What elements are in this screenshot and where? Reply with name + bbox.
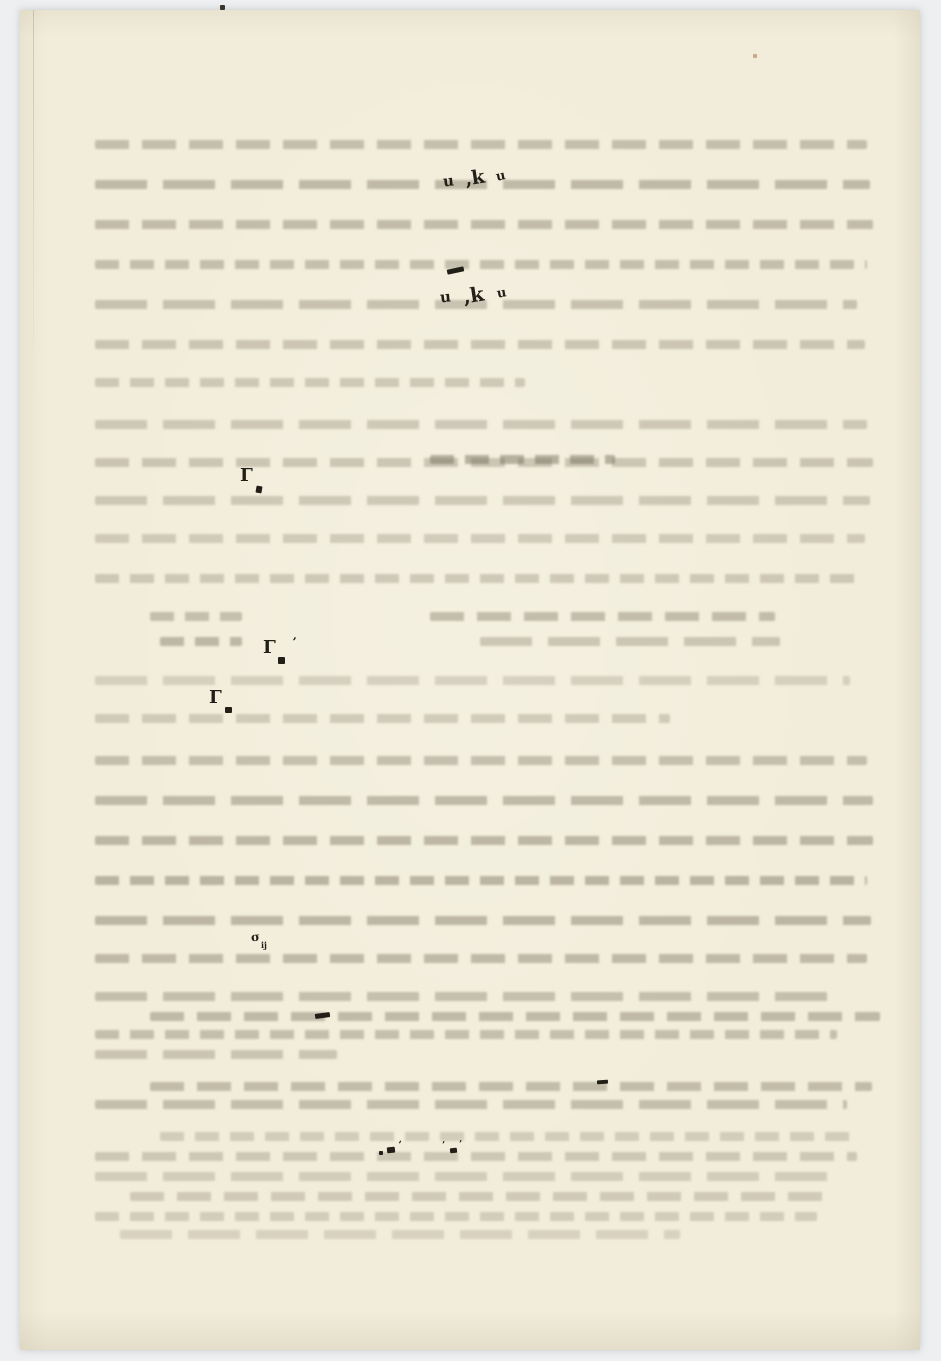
footnote-tick-2a: ’ <box>442 1142 445 1151</box>
ink-gamma-2: Γ <box>263 639 276 657</box>
ink-gamma-3: Γ <box>209 689 222 707</box>
top-edge-speck <box>220 5 225 10</box>
footnote-square-2 <box>450 1148 457 1154</box>
ink-u-right-1: u <box>495 169 507 184</box>
ink-sigma: σ <box>251 931 261 944</box>
ink-annotations-layer: u,kuu,kuΓΓ’Γσij’’’ <box>0 0 941 1361</box>
ink-k-glyph-1: ,k <box>464 168 487 190</box>
ink-gamma-2-subscript <box>278 657 285 664</box>
footnote-square-1 <box>387 1147 396 1154</box>
ink-dash-2 <box>597 1080 608 1085</box>
footnote-tick-2b: ’ <box>459 1141 462 1150</box>
ink-k-glyph-2: ,k <box>462 283 486 306</box>
ink-gamma-1: Γ <box>240 467 253 485</box>
ink-u-left-1: u <box>442 173 454 189</box>
footnote-tick-1: ’ <box>397 1141 402 1151</box>
scanner-background: u,kuu,kuΓΓ’Γσij’’’ <box>0 0 941 1361</box>
ink-overbar <box>447 266 465 274</box>
ink-gamma-3-subscript <box>225 707 232 713</box>
ink-u-right-2: u <box>496 286 508 300</box>
ink-sigma-subscript: ij <box>261 941 267 949</box>
ink-u-left-2: u <box>439 289 451 305</box>
ink-gamma-1-subscript <box>255 486 262 494</box>
paper-speck-red <box>753 54 757 58</box>
ink-gamma-2-tick: ’ <box>291 636 297 648</box>
ink-dash-1 <box>315 1012 331 1019</box>
footnote-dot-1 <box>379 1151 383 1155</box>
